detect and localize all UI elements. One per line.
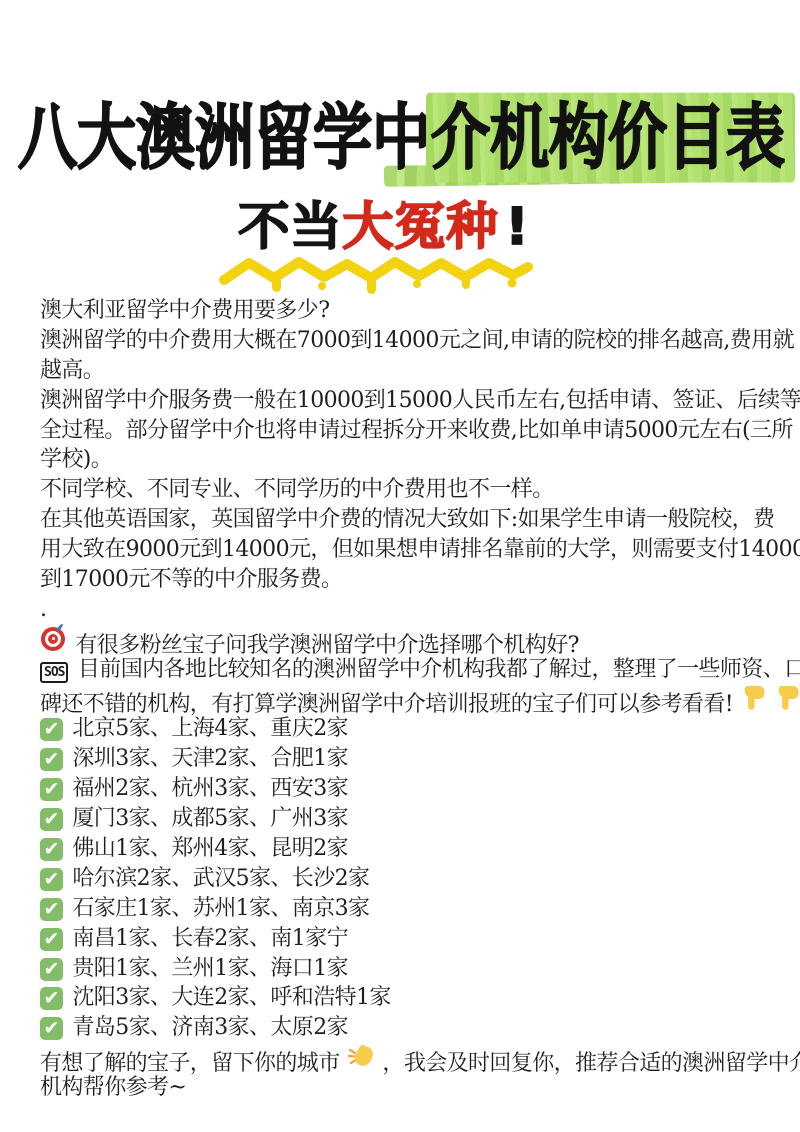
body-line: 澳洲留学的中介费用大概在7000到14000元之间,申请的院校的排名越高,费用就 <box>40 326 780 356</box>
body-line: ✔ 石家庄1家、苏州1家、南京3家 <box>40 894 780 924</box>
body-line: SOS 目前国内各地比较知名的澳洲留学中介机构我都了解过，整理了一些师资、口 <box>40 655 780 685</box>
clapping-hand-icon <box>347 1043 375 1079</box>
body-line: 越高。 <box>40 356 780 386</box>
body-line-text: 碑还不错的机构，有打算学澳洲留学中介培训报班的宝子们可以参考看看! <box>40 692 733 717</box>
body-line: ✔ 佛山1家、郑州4家、昆明2家 <box>40 834 780 864</box>
body-line-text: 北京5家、上海4家、重庆2家 <box>72 716 348 741</box>
body-line: 不同学校、不同专业、不同学历的中介费用也不一样。 <box>40 475 780 505</box>
body-line-text: 厦门3家、成都5家、广州3家 <box>72 806 348 831</box>
body-line-text: 深圳3家、天津2家、合肥1家 <box>72 746 348 771</box>
subtitle-pre: 不当 <box>238 198 342 257</box>
check-icon: ✔ <box>40 778 63 801</box>
body-line-text: 青岛5家、济南3家、太原2家 <box>72 1015 348 1040</box>
body-line-text: 佛山1家、郑州4家、昆明2家 <box>72 836 348 861</box>
body-line: 澳洲留学中介服务费一般在10000到15000人民币左右,包括申请、签证、后续等 <box>40 386 780 416</box>
check-icon: ✔ <box>40 928 63 951</box>
body-line: 全过程。部分留学中介也将申请过程拆分开来收费,比如单申请5000元左右(三所 <box>40 416 780 446</box>
check-icon: ✔ <box>40 987 63 1010</box>
sos-icon: SOS <box>40 662 68 683</box>
pointing-down-icon <box>744 685 766 720</box>
body-line-text: 澳洲留学的中介费用大概在7000到14000元之间,申请的院校的排名越高,费用就 <box>40 328 794 353</box>
body-line: 碑还不错的机构，有打算学澳洲留学中介培训报班的宝子们可以参考看看! <box>40 685 780 715</box>
body-line-text: ，我会及时回复你，推荐合适的澳洲留学中介 <box>382 1051 800 1076</box>
body-line: ✔ 厦门3家、成都5家、广州3家 <box>40 804 780 834</box>
body-line-text: 南昌1家、长春2家、南1家宁 <box>72 926 348 951</box>
body-line: ✔ 福州2家、杭州3家、西安3家 <box>40 774 780 804</box>
body-line-text: 贵阳1家、兰州1家、海口1家 <box>72 956 348 981</box>
body-line: 用大致在9000元到14000元，但如果想申请排名靠前的大学，则需要支付1400… <box>40 535 780 565</box>
body-line: 有很多粉丝宝子问我学澳洲留学中介选择哪个机构好? <box>40 625 780 655</box>
page-title: 八大澳洲留学中介机构价目表 <box>18 101 800 175</box>
body-line-text: 目前国内各地比较知名的澳洲留学中介机构我都了解过，整理了一些师资、口 <box>78 657 800 682</box>
body-line: 学校)。 <box>40 445 780 475</box>
check-icon: ✔ <box>40 1017 63 1040</box>
body-line-text: 哈尔滨2家、武汉5家、长沙2家 <box>72 866 369 891</box>
body-line-text: 石家庄1家、苏州1家、南京3家 <box>72 896 369 921</box>
body-line-text: 澳洲留学中介服务费一般在10000到15000人民币左右,包括申请、签证、后续等 <box>40 388 800 413</box>
body-line: ✔ 贵阳1家、兰州1家、海口1家 <box>40 954 780 984</box>
poster: 八大澳洲留学中介机构价目表 不当大冤种! 澳大利亚留学中介费用要多少?澳洲留学的… <box>0 0 800 1132</box>
check-icon: ✔ <box>40 838 63 861</box>
body-line-text: 机构帮你参考~ <box>40 1075 186 1100</box>
body-line: ✔ 沈阳3家、大连2家、呼和浩特1家 <box>40 983 780 1013</box>
check-icon: ✔ <box>40 718 63 741</box>
subtitle: 不当大冤种! <box>0 199 784 257</box>
body-line-text: 学校)。 <box>40 447 112 472</box>
body-line: 到17000元不等的中介服务费。 <box>40 565 780 595</box>
title-plain: 八大澳洲留学中 <box>18 96 431 179</box>
pointing-down-icon <box>778 685 800 720</box>
body-line-text: . <box>40 597 46 622</box>
body-line-text: 到17000元不等的中介服务费。 <box>40 567 342 592</box>
body-line: ✔ 南昌1家、长春2家、南1家宁 <box>40 924 780 954</box>
body-text: 澳大利亚留学中介费用要多少?澳洲留学的中介费用大概在7000到14000元之间,… <box>40 296 780 1103</box>
check-icon: ✔ <box>40 808 63 831</box>
check-icon: ✔ <box>40 748 63 771</box>
title-highlighted: 介机构价目表 <box>426 93 795 183</box>
body-line: ✔ 深圳3家、天津2家、合肥1家 <box>40 744 780 774</box>
body-line-text: 福州2家、杭州3家、西安3家 <box>72 776 348 801</box>
wavy-underline <box>219 250 535 298</box>
body-line: 机构帮你参考~ <box>40 1073 780 1103</box>
check-icon: ✔ <box>40 868 63 891</box>
body-line-text: 在其他英语国家，英国留学中介费的情况大致如下:如果学生申请一般院校，费 <box>40 507 774 532</box>
target-icon <box>40 625 67 652</box>
body-line-text: 不同学校、不同专业、不同学历的中介费用也不一样。 <box>40 477 554 502</box>
body-line-text: 用大致在9000元到14000元，但如果想申请排名靠前的大学，则需要支付1400… <box>40 537 800 562</box>
body-line: 有想了解的宝子，留下你的城市 ，我会及时回复你，推荐合适的澳洲留学中介 <box>40 1043 780 1073</box>
body-line: 在其他英语国家，英国留学中介费的情况大致如下:如果学生申请一般院校，费 <box>40 505 780 535</box>
body-line: ✔ 哈尔滨2家、武汉5家、长沙2家 <box>40 864 780 894</box>
body-line: . <box>40 595 780 625</box>
body-line: ✔ 青岛5家、济南3家、太原2家 <box>40 1013 780 1043</box>
body-line-text: 全过程。部分留学中介也将申请过程拆分开来收费,比如单申请5000元左右(三所 <box>40 418 793 443</box>
body-line-text: 沈阳3家、大连2家、呼和浩特1家 <box>72 985 390 1010</box>
subtitle-exclaim: ! <box>505 198 529 257</box>
check-icon: ✔ <box>40 958 63 981</box>
body-line: ✔ 北京5家、上海4家、重庆2家 <box>40 714 780 744</box>
subtitle-accent: 大冤种 <box>342 198 498 257</box>
body-line: 澳大利亚留学中介费用要多少? <box>40 296 780 326</box>
body-line-text: 澳大利亚留学中介费用要多少? <box>40 298 329 323</box>
body-line-text: 越高。 <box>40 358 104 383</box>
check-icon: ✔ <box>40 898 63 921</box>
